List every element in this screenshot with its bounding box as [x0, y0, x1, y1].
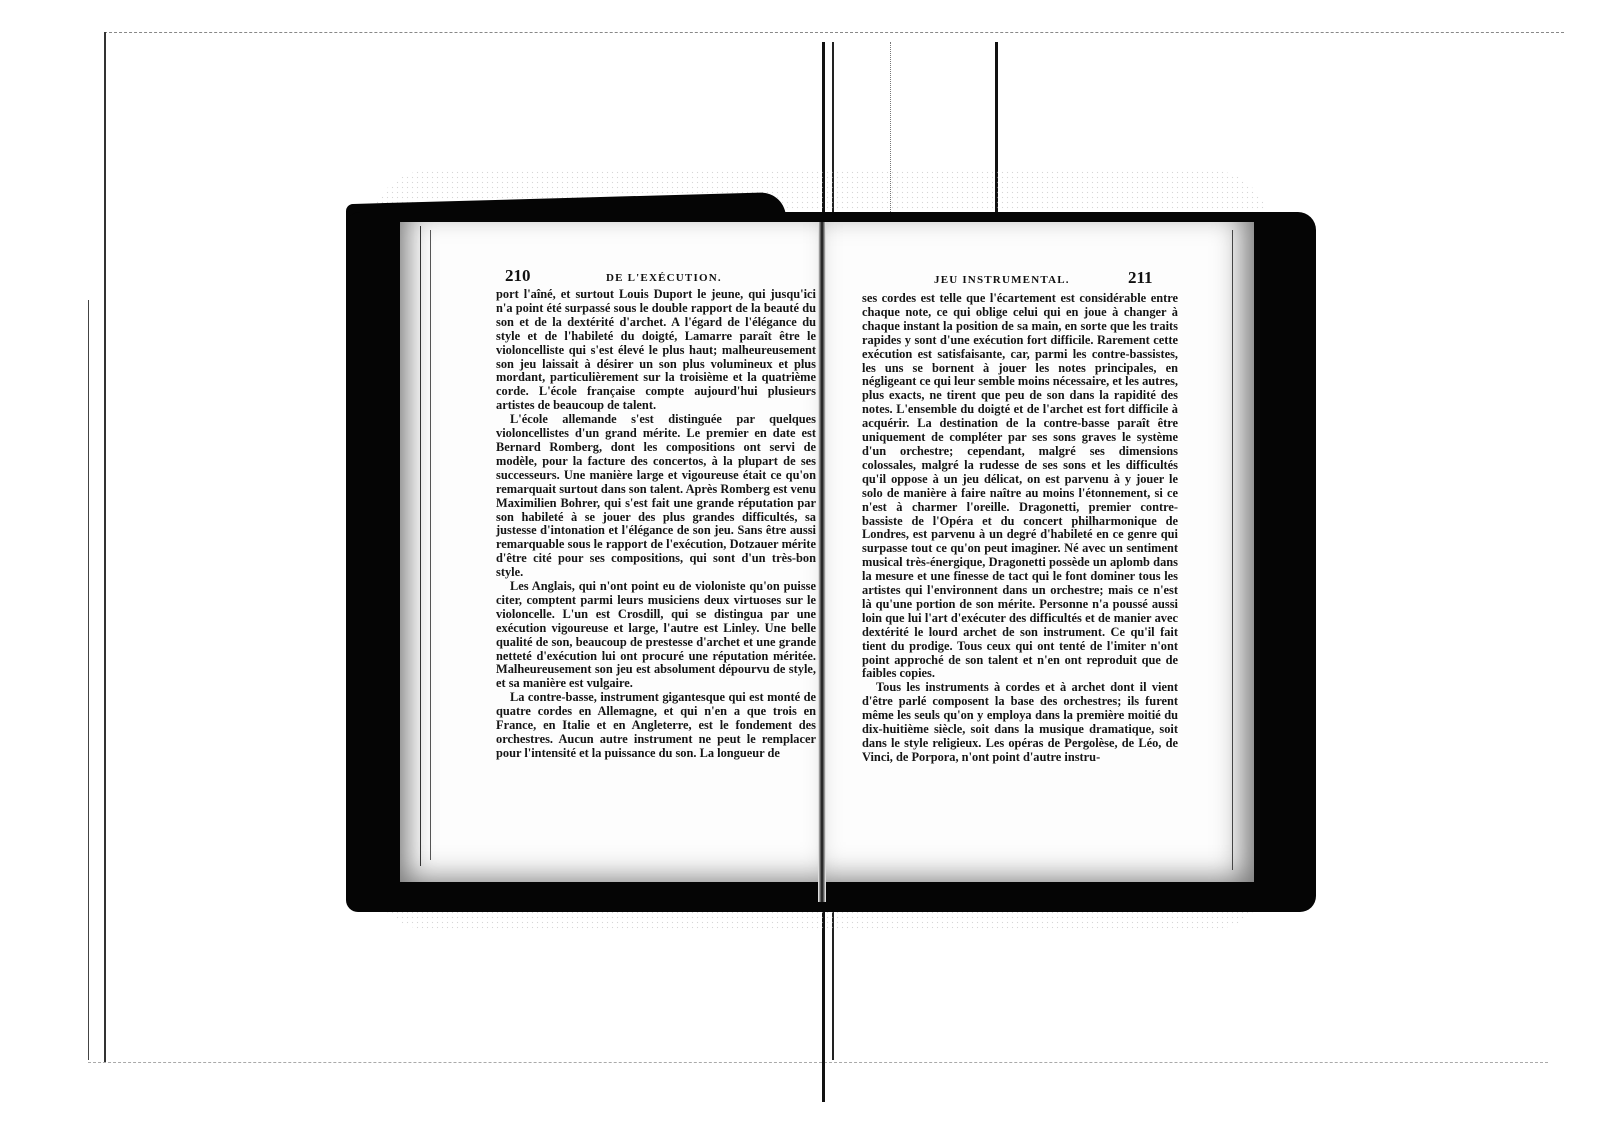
scan-frame-bottom-edge	[88, 1062, 1548, 1063]
paragraph: Tous les instruments à cordes et à arche…	[862, 681, 1178, 764]
paragraph: Les Anglais, qui n'ont point eu de violo…	[496, 580, 816, 691]
right-page: JEU INSTRUMENTAL. 211 ses cordes est tel…	[826, 222, 1254, 882]
right-page-body: ses cordes est telle que l'écartement es…	[862, 292, 1178, 765]
book-gutter	[818, 222, 826, 902]
left-page-body: port l'aîné, et surtout Louis Duport le …	[496, 288, 816, 761]
page-stack-edge-left-inner	[430, 230, 431, 860]
paragraph: La contre-basse, instrument gigantesque …	[496, 691, 816, 761]
paragraph: ses cordes est telle que l'écartement es…	[862, 292, 1178, 681]
right-running-head: JEU INSTRUMENTAL.	[934, 274, 1070, 286]
left-page: 210 DE L'EXÉCUTION. port l'aîné, et surt…	[400, 222, 820, 882]
left-page-number: 210	[505, 266, 531, 286]
left-running-head: DE L'EXÉCUTION.	[606, 272, 722, 284]
scan-frame-left-edge	[104, 32, 106, 1062]
paragraph: L'école allemande s'est distinguée par q…	[496, 413, 816, 580]
paragraph: port l'aîné, et surtout Louis Duport le …	[496, 288, 816, 413]
scan-frame-top-edge	[104, 32, 1564, 33]
page-stack-edge-right	[1232, 230, 1233, 870]
page-stack-edge-left	[420, 226, 421, 866]
right-page-number: 211	[1128, 268, 1153, 288]
scan-frame-left-inner-edge	[88, 300, 89, 1060]
